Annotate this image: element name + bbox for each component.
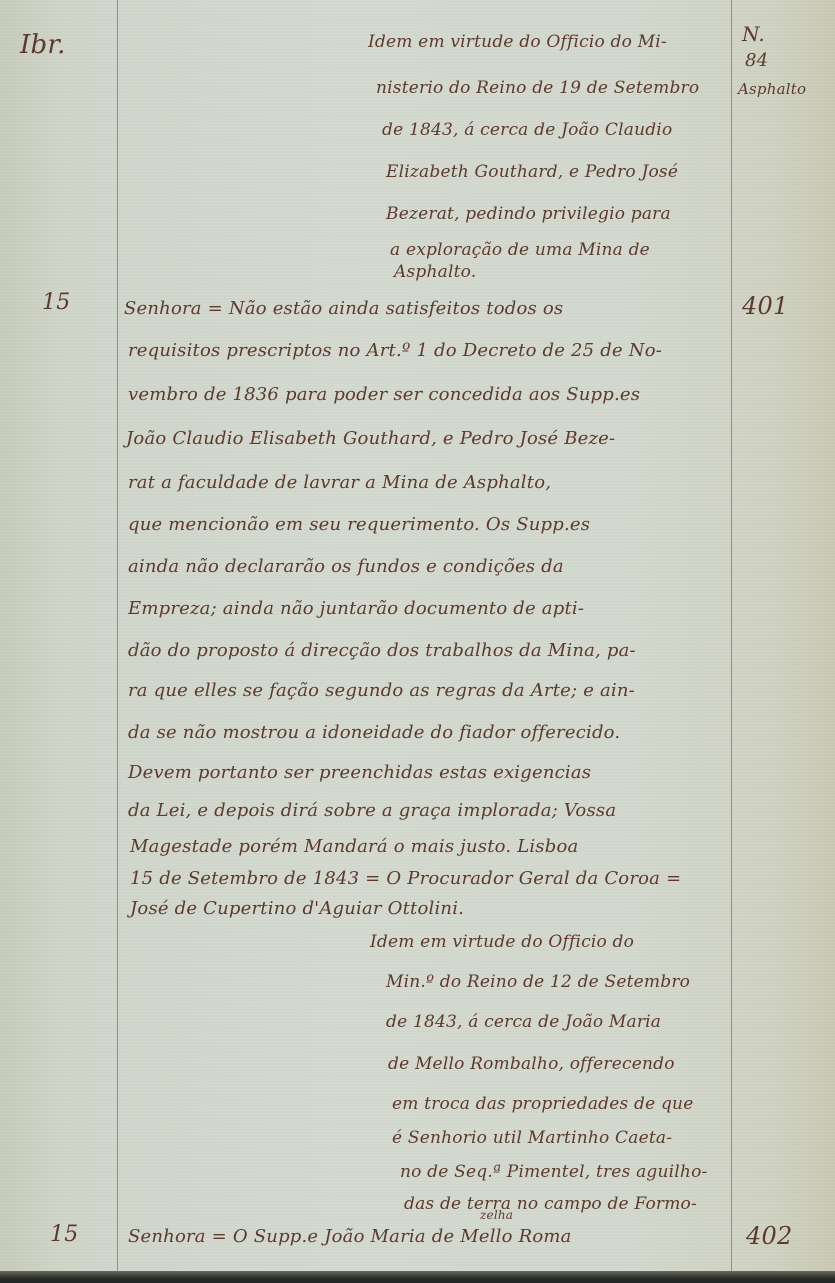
body-line: 15 de Setembro de 1843 = O Procurador Ge… [130,868,681,889]
page-bottom-edge-shadow [0,1271,835,1283]
page-header-month: Ibr. [20,30,66,60]
summary-line: de 1843, á cerca de João Claudio [382,120,672,140]
entry-4-day: 15 [50,1222,78,1247]
summary-line: é Senhorio util Martinho Caeta- [392,1128,672,1148]
entry-1-number: 84 [745,50,768,71]
summary-line: Idem em virtude do Officio do [370,932,634,952]
body-line: da Lei, e depois dirá sobre a graça impl… [128,800,616,821]
body-line: Empreza; ainda não juntarão documento de… [128,598,584,619]
summary-line: no de Seq.ª Pimentel, tres aguilho- [400,1162,707,1182]
summary-line: Bezerat, pedindo privilegio para [386,204,671,224]
summary-line: das de terra no campo de Formo- [404,1194,697,1214]
ledger-page: Ibr. Idem em virtude do Officio do Mi- n… [0,0,835,1273]
body-line: Senhora = Não estão ainda satisfeitos to… [124,298,563,319]
summary-line: de 1843, á cerca de João Maria [386,1012,661,1032]
body-line: Devem portanto ser preenchidas estas exi… [128,762,591,783]
body-line: que mencionão em seu requerimento. Os Su… [128,514,590,535]
summary-line: em troca das propriedades de que [392,1094,693,1114]
body-line: rat a faculdade de lavrar a Mina de Asph… [128,472,551,493]
body-line: João Claudio Elisabeth Gouthard, e Pedro… [126,428,615,449]
body-line: vembro de 1836 para poder ser concedida … [128,384,640,405]
body-line: Senhora = O Supp.e João Maria de Mello R… [128,1226,572,1247]
right-margin-rule [731,0,732,1273]
entry-4-number: 402 [746,1222,792,1250]
summary-line: Asphalto. [394,262,476,282]
summary-line: Elizabeth Gouthard, e Pedro José [386,162,678,182]
body-line: ainda não declararão os fundos e condiçõ… [128,556,564,577]
body-line: requisitos prescriptos no Art.º 1 do Dec… [128,340,662,361]
entry-2-day: 15 [42,290,70,315]
entry-4-interlinear-note: zelha [480,1208,513,1222]
body-line: José de Cupertino d'Aguiar Ottolini. [130,898,464,919]
summary-line: a exploração de uma Mina de [390,240,650,260]
summary-line: nisterio do Reino de 19 de Setembro [376,78,699,98]
summary-line: de Mello Rombalho, offerecendo [388,1054,675,1074]
summary-line: Min.º do Reino de 12 de Setembro [386,972,690,992]
entry-2-number: 401 [742,292,788,320]
body-line: Magestade porém Mandará o mais justo. Li… [130,836,578,857]
left-margin-rule [117,0,118,1273]
entry-1-number-label: N. [742,22,765,46]
body-line: dão do proposto á direcção dos trabalhos… [128,640,636,661]
summary-line: Idem em virtude do Officio do Mi- [368,32,667,52]
body-line: ra que elles se fação segundo as regras … [128,680,635,701]
entry-1-margin-note: Asphalto [738,80,806,98]
body-line: da se não mostrou a idoneidade do fiador… [128,722,620,743]
